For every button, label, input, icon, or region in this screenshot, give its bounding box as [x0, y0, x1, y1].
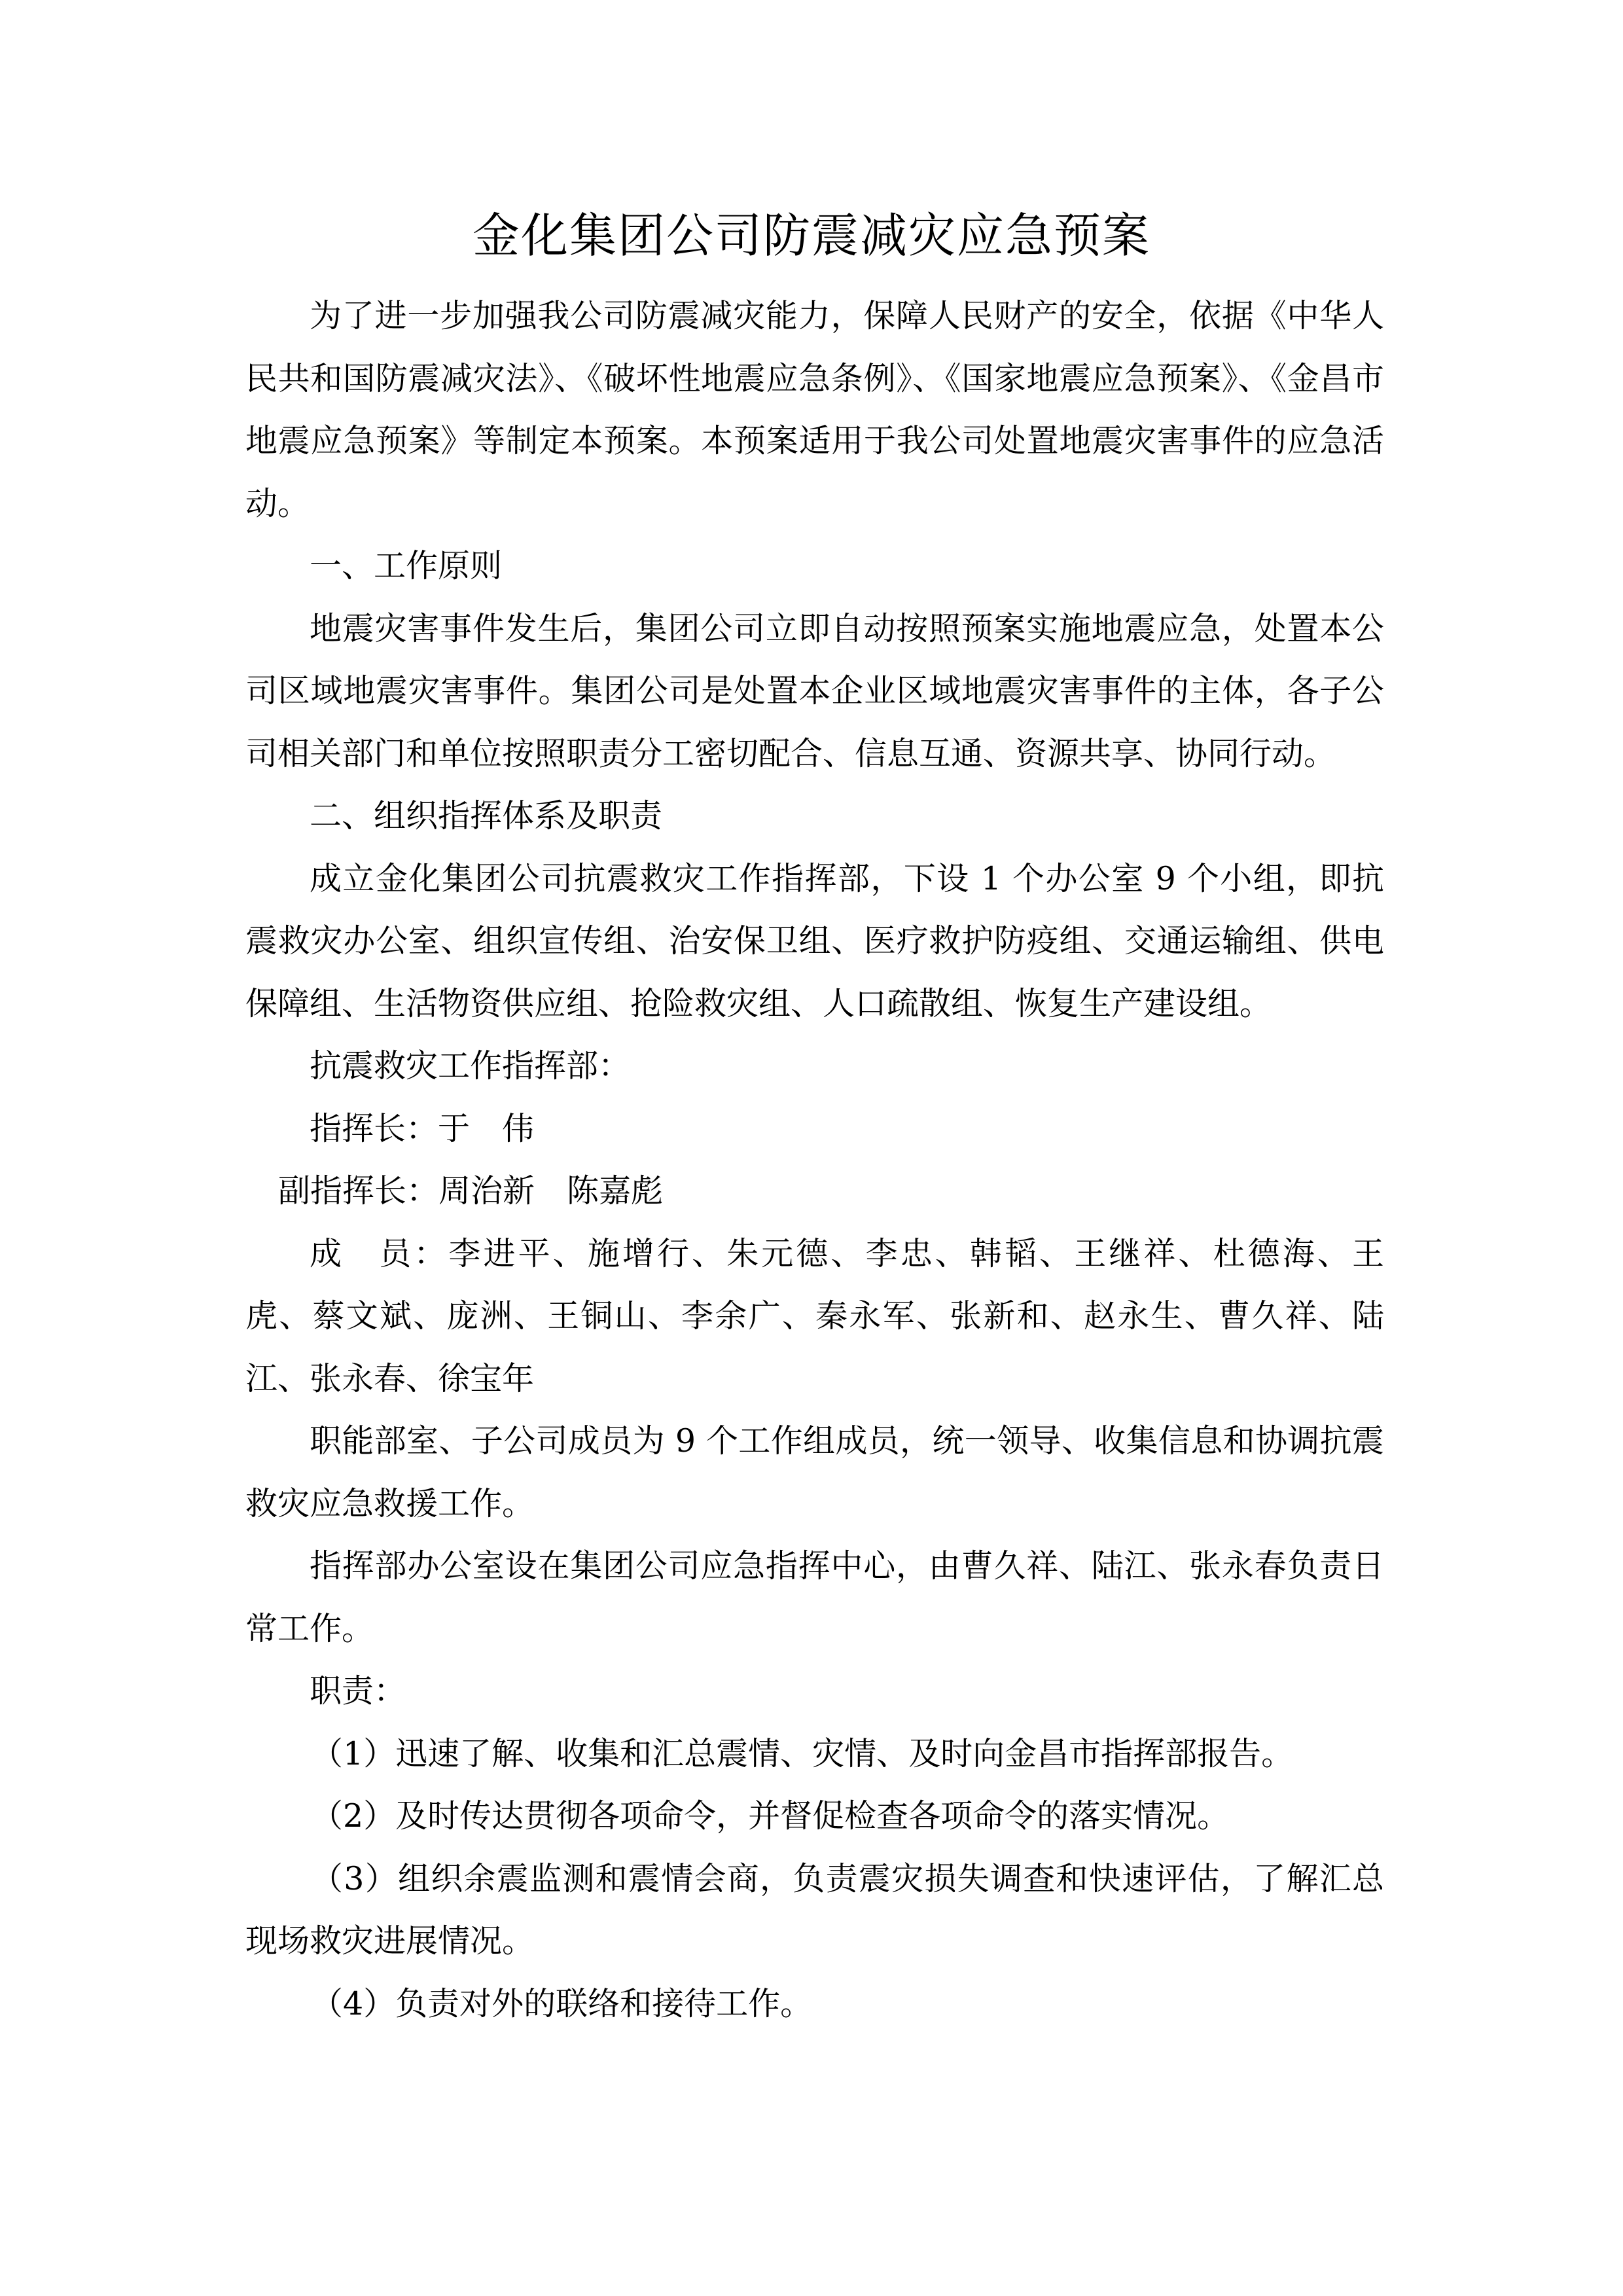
duty-item-2: （2）及时传达贯彻各项命令，并督促检查各项命令的落实情况。 — [245, 1785, 1384, 1848]
duty-item-3: （3）组织余震监测和震情会商，负责震灾损失调查和快速评估，了解汇总现场救灾进展情… — [245, 1848, 1384, 1973]
duty-item-1: （1）迅速了解、收集和汇总震情、灾情、及时向金昌市指挥部报告。 — [245, 1723, 1384, 1785]
principles-paragraph: 地震灾害事件发生后，集团公司立即自动按照预案实施地震应急，处置本公司区域地震灾害… — [245, 598, 1384, 785]
commander-name: 于 伟 — [438, 1110, 534, 1147]
workgroup-paragraph: 职能部室、子公司成员为 9 个工作组成员，统一领导、收集信息和协调抗震救灾应急救… — [245, 1410, 1384, 1535]
command-label: 抗震救灾工作指挥部： — [245, 1035, 1384, 1098]
organization-paragraph: 成立金化集团公司抗震救灾工作指挥部，下设 1 个办公室 9 个小组，即抗震救灾办… — [245, 848, 1384, 1035]
document-title: 金化集团公司防震减灾应急预案 — [0, 203, 1623, 268]
document-body: 为了进一步加强我公司防震减灾能力，保障人民财产的安全，依据《中华人民共和国防震减… — [245, 285, 1384, 2035]
duties-label: 职责： — [245, 1660, 1384, 1723]
commander-line: 指挥长：于 伟 — [245, 1098, 1384, 1160]
deputy-label: 副指挥长： — [278, 1172, 438, 1210]
office-paragraph: 指挥部办公室设在集团公司应急指挥中心，由曹久祥、陆江、张永春负责日常工作。 — [245, 1535, 1384, 1660]
section-heading-principles: 一、工作原则 — [245, 535, 1384, 598]
members-label: 成 员： — [310, 1235, 448, 1272]
members-paragraph: 成 员：李进平、施增行、朱元德、李忠、韩韬、王继祥、杜德海、王 虎、蔡文斌、庞洲… — [245, 1223, 1384, 1410]
document-page: 金化集团公司防震减灾应急预案 为了进一步加强我公司防震减灾能力，保障人民财产的安… — [0, 0, 1623, 2296]
commander-label: 指挥长： — [310, 1110, 438, 1147]
duty-item-4: （4）负责对外的联络和接待工作。 — [245, 1973, 1384, 2036]
section-heading-organization: 二、组织指挥体系及职责 — [245, 785, 1384, 848]
intro-paragraph: 为了进一步加强我公司防震减灾能力，保障人民财产的安全，依据《中华人民共和国防震减… — [245, 285, 1384, 535]
deputy-line: 副指挥长：周治新 陈嘉彪 — [245, 1160, 1384, 1223]
deputy-names: 周治新 陈嘉彪 — [438, 1172, 663, 1210]
